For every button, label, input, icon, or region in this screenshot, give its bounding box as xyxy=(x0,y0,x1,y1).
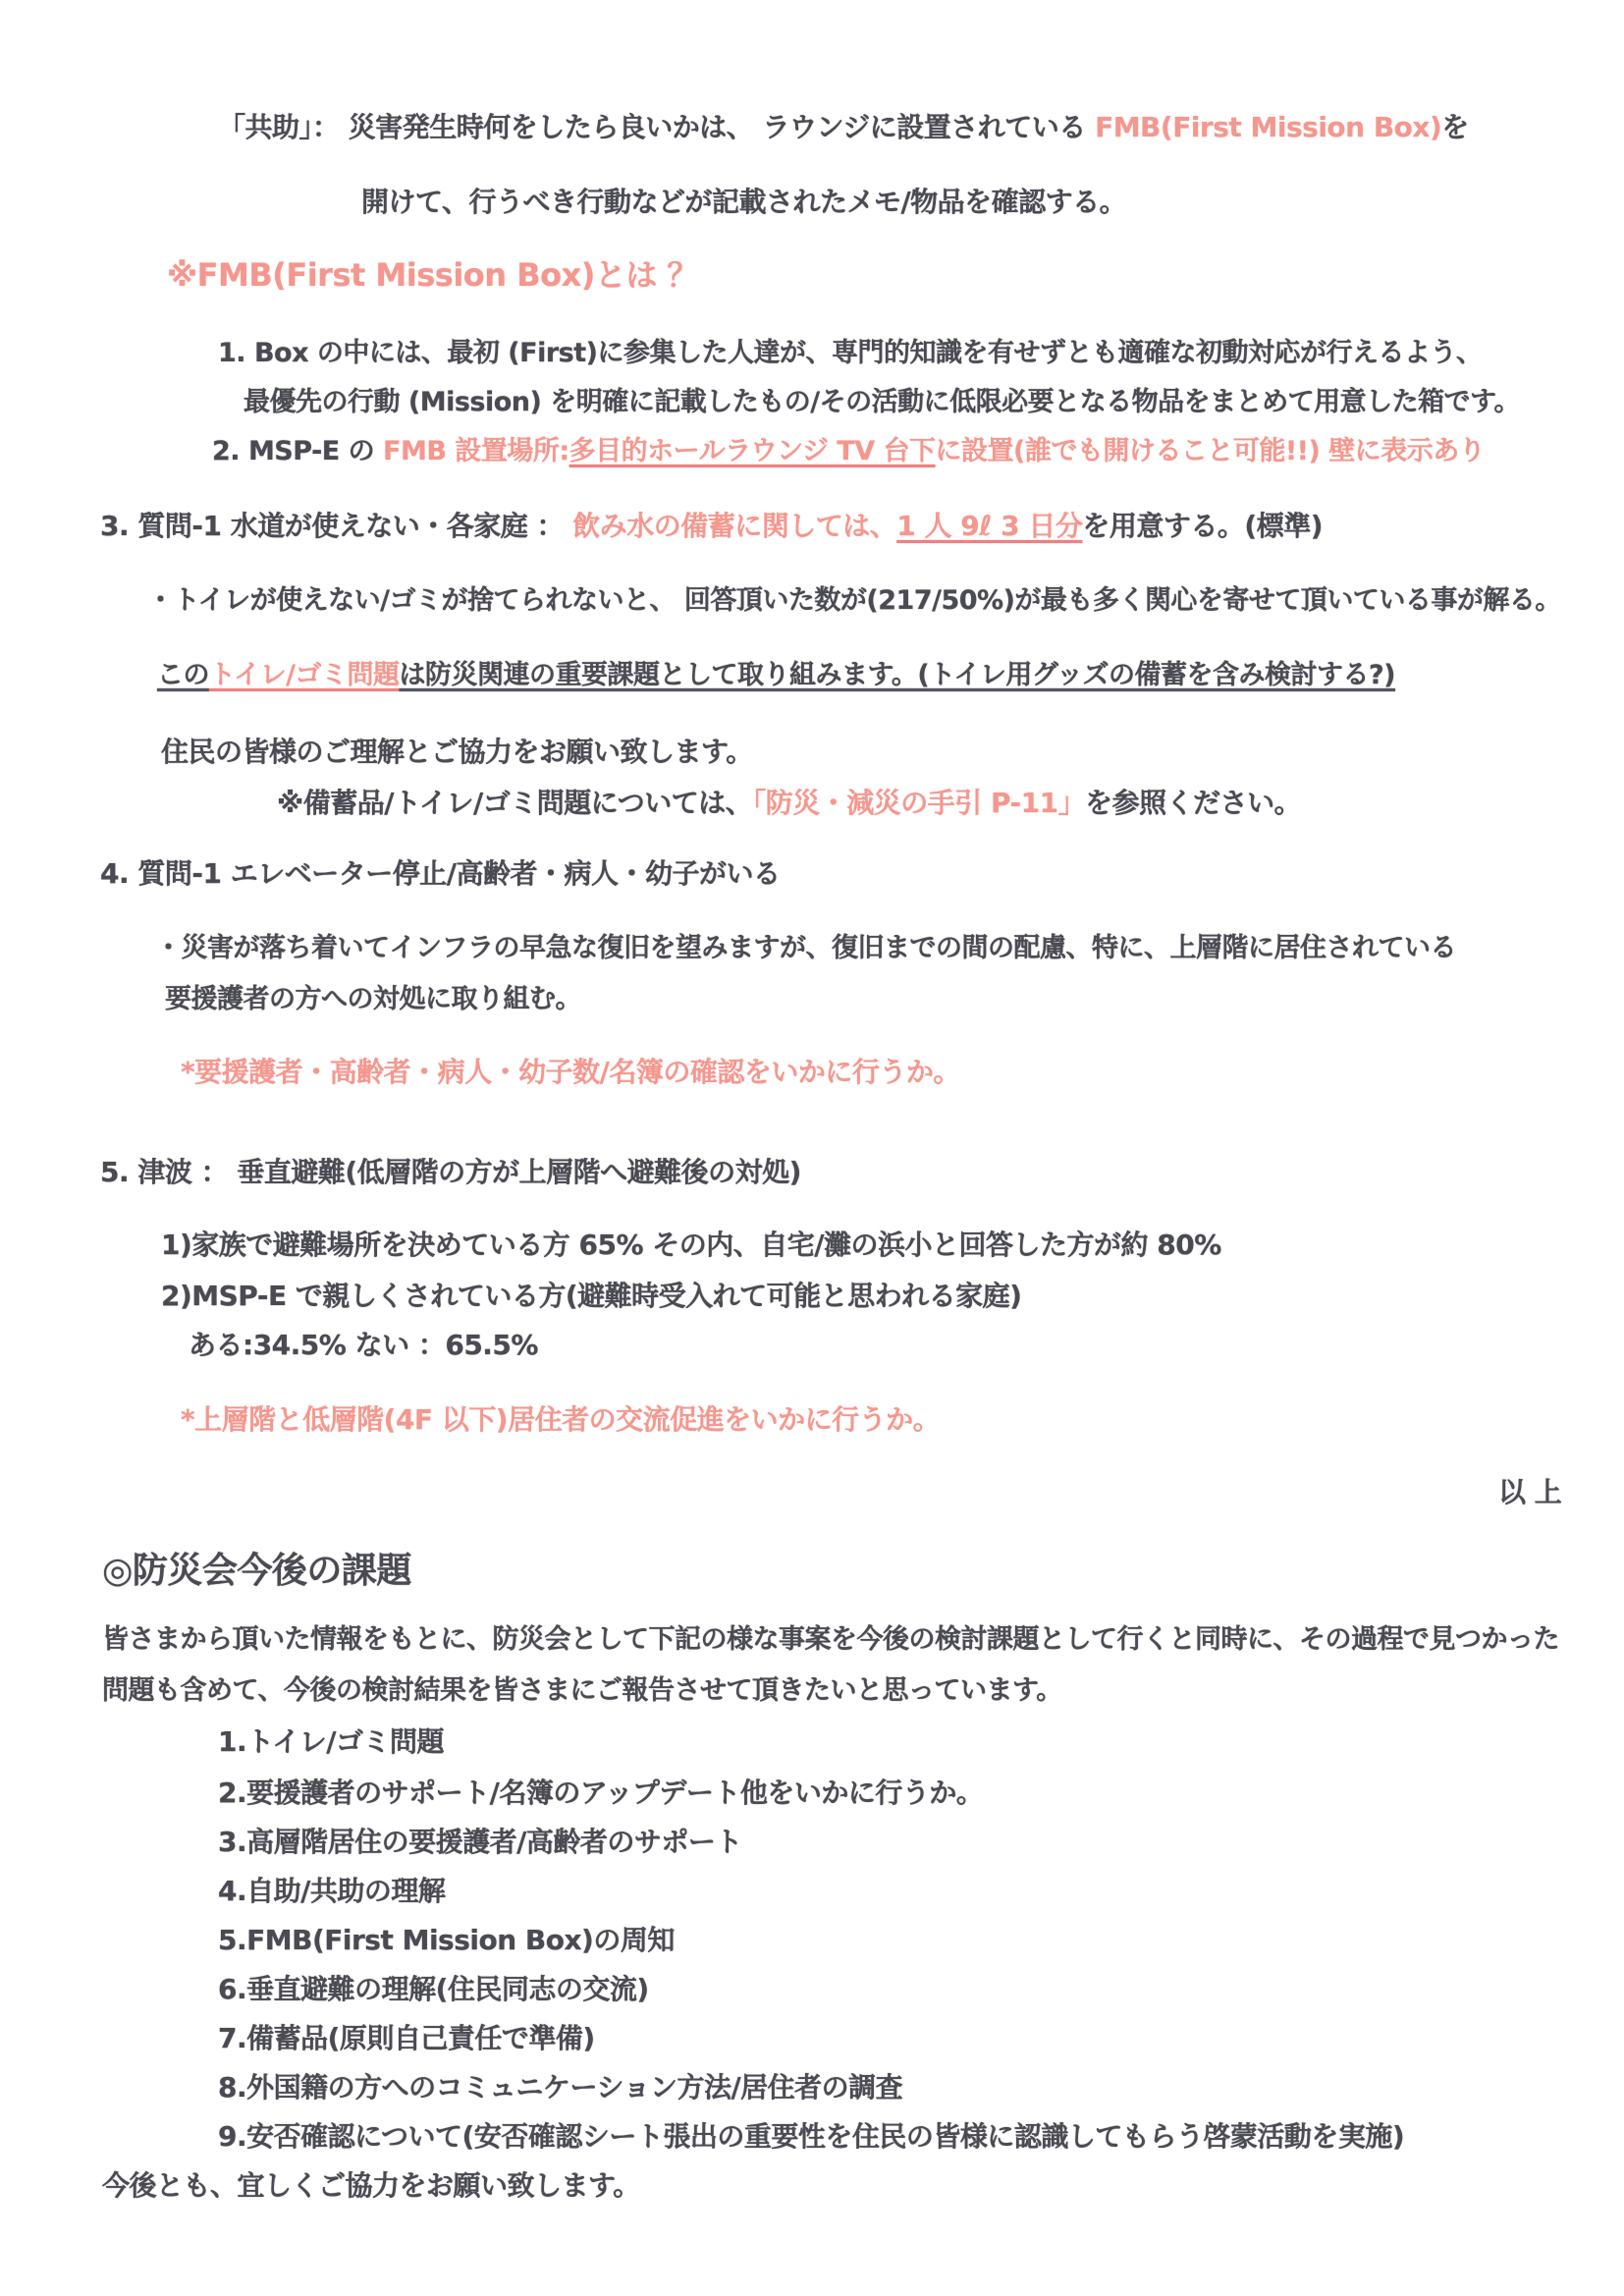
future-issue-item-4: 4.自助/共助の理解 xyxy=(218,1874,445,1909)
fmb-location-note: に設置(誰でも開けること可能!!) 壁に表示あり xyxy=(936,436,1486,466)
future-issues-closing: 今後とも、宜しくご協力をお願い致します。 xyxy=(102,2168,640,2204)
future-issues-intro-line-1: 皆さまから頂いた情報をもとに、防災会として下記の様な事案を今後の検討課題として行… xyxy=(102,1622,1559,1658)
toilet-garbage-highlight: トイレ/ゴミ問題 xyxy=(209,660,400,690)
section-3-bullet: ・トイレが使えない/ゴミが捨てられないと、 回答頂いた数が(217/50%)が最… xyxy=(147,583,1561,619)
fmb-heading: ※FMB(First Mission Box)とは ？ xyxy=(167,257,698,293)
section-3-heading-text: 3. 質問-1 水道が使えない・各家庭 ： xyxy=(100,510,572,542)
fmb-item-2: 2. MSP-E の FMB 設置場所:多目的ホールラウンジ TV 台下に設置(… xyxy=(212,434,1485,469)
section-5-item-1: 1)家族で避難場所を決めている方 65% その内、自宅/灘の浜小と回答した方が約… xyxy=(161,1228,1221,1263)
future-issues-title: ◎防災会今後の課題 xyxy=(102,1550,411,1593)
closing-mark: 以 上 xyxy=(1498,1475,1561,1510)
section-4-heading: 4. 質問-1 エレベーター停止/高齢者・病人・幼子がいる xyxy=(100,856,780,892)
future-issue-item-6: 6.垂直避難の理解(住民同志の交流) xyxy=(218,1972,649,2007)
section-3-emphasis-suffix: は防災関連の重要課題として取り組みます。(トイレ用グッズの備蓄を含み検討する?) xyxy=(400,660,1395,690)
kyojo-line-1: 「共助」： 災害発生時何をしたら良いかは、 ラウンジに設置されている FMB(F… xyxy=(218,110,1469,145)
section-3-heading: 3. 質問-1 水道が使えない・各家庭 ： 飲み水の備蓄に関しては、1 人 9ℓ… xyxy=(100,509,1323,544)
section-4-bullet-line-1: ・災害が落ち着いてインフラの早急な復旧を望みますが、復旧までの間の配慮、特に、上… xyxy=(155,931,1456,966)
section-3-note-suffix: を参照ください。 xyxy=(1085,787,1301,819)
section-3-emphasis-prefix: この xyxy=(157,660,209,690)
fmb-location-label: FMB 設置場所: xyxy=(383,436,569,466)
fmb-location: 多目的ホールラウンジ TV 台下 xyxy=(569,436,936,466)
kyojo-suffix: を xyxy=(1441,111,1469,143)
future-issue-item-9: 9.安否確認について(安否確認シート張出の重要性を住民の皆様に認識してもらう啓蒙… xyxy=(218,2119,1404,2155)
section-4-bullet-line-2: 要援護者の方への対処に取り組む。 xyxy=(165,982,581,1017)
section-3-request: 住民の皆様のご理解とご協力をお願い致します。 xyxy=(161,735,753,770)
section-3-heading-suffix: を用意する。(標準) xyxy=(1082,510,1323,542)
fmb-item-1-line-1: 1. Box の中には、最初 (First)に参集した人達が、専門的知識を有せず… xyxy=(218,336,1482,371)
water-amount: 1 人 9ℓ 3 日分 xyxy=(896,510,1082,542)
section-5-heading: 5. 津波 ： 垂直避難(低層階の方が上層階へ避難後の対処) xyxy=(100,1155,801,1190)
section-5-red-note: *上層階と低層階(4F 以下)居住者の交流促進をいかに行うか。 xyxy=(181,1402,940,1438)
section-3-note-prefix: ※備蓄品/トイレ/ゴミ問題については、 xyxy=(277,787,752,819)
fmb-item-2-prefix: 2. MSP-E の xyxy=(212,436,383,466)
kyojo-line-2: 開けて、行うべき行動などが記載されたメモ/物品を確認する。 xyxy=(361,185,1126,220)
kyojo-text: 「共助」： 災害発生時何をしたら良いかは、 ラウンジに設置されている xyxy=(218,111,1095,143)
section-4-red-note: *要援護者・高齢者・病人・幼子数/名簿の確認をいかに行うか。 xyxy=(181,1055,960,1090)
future-issues-intro-line-2: 問題も含めて、今後の検討結果を皆さまにご報告させて頂きたいと思っています。 xyxy=(102,1673,1062,1709)
section-3-note: ※備蓄品/トイレ/ゴミ問題については、「防災・減災の手引 P-11」を参照くださ… xyxy=(277,786,1301,821)
future-issue-item-5: 5.FMB(First Mission Box)の周知 xyxy=(218,1923,675,1958)
section-5-item-2-values: ある:34.5% ない ：65.5% xyxy=(189,1328,538,1363)
future-issue-item-1: 1.トイレ/ゴミ問題 xyxy=(218,1724,444,1760)
section-5-item-2: 2)MSP-E で親しくされている方(避難時受入れて可能と思われる家庭) xyxy=(161,1279,1021,1314)
manual-reference: 「防災・減災の手引 P-11」 xyxy=(752,787,1085,819)
future-issue-item-3: 3.高層階居住の要援護者/高齢者のサポート xyxy=(218,1825,742,1860)
section-3-emphasis: このトイレ/ゴミ問題は防災関連の重要課題として取り組みます。(トイレ用グッズの備… xyxy=(157,658,1395,693)
fmb-highlight: FMB(First Mission Box) xyxy=(1095,111,1441,143)
future-issue-item-2: 2.要援護者のサポート/名簿のアップデート他をいかに行うか。 xyxy=(218,1776,983,1811)
water-storage-highlight: 飲み水の備蓄に関しては、 xyxy=(572,510,896,542)
future-issue-item-8: 8.外国籍の方へのコミュニケーション方法/居住者の調査 xyxy=(218,2070,902,2105)
future-issue-item-7: 7.備蓄品(原則自己責任で準備) xyxy=(218,2021,595,2056)
fmb-item-1-line-2: 最優先の行動 (Mission) を明確に記載したもの/その活動に低限必要となる… xyxy=(244,385,1520,420)
